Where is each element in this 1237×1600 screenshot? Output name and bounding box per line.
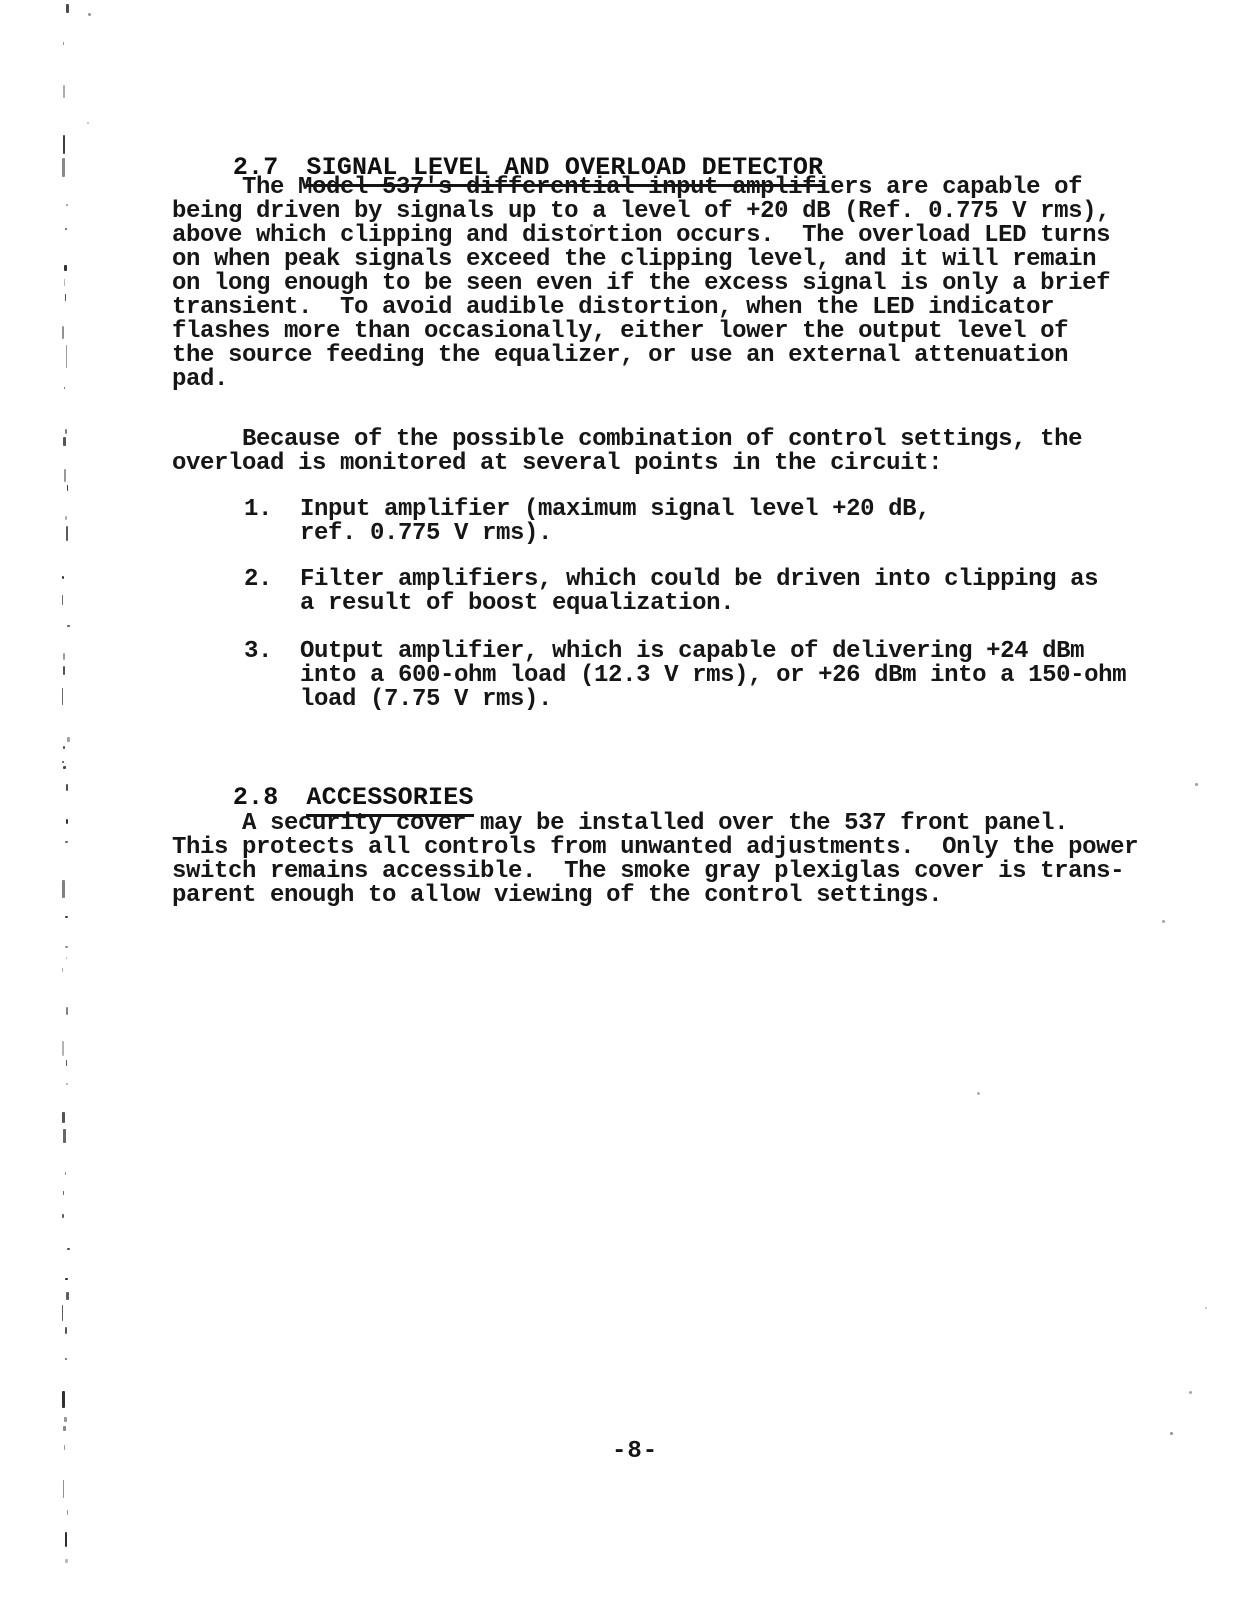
scan-mark (65, 1532, 67, 1547)
scan-mark (67, 485, 68, 491)
scan-speck (88, 13, 91, 16)
list-item-line: load (7.75 V rms). (244, 688, 1126, 712)
paragraph-line: the source feeding the equalizer, or use… (172, 344, 1110, 368)
scan-mark (62, 688, 63, 705)
scan-mark (63, 437, 66, 446)
scan-mark (62, 576, 64, 579)
paragraph-line: The Model 537's differential input ampli… (172, 176, 1110, 200)
scan-mark (63, 766, 66, 769)
scan-speck (1162, 920, 1165, 923)
paragraph-line: This protects all controls from unwanted… (172, 836, 1138, 860)
scan-mark (63, 746, 65, 749)
scan-mark (67, 625, 70, 627)
scan-mark (65, 429, 67, 434)
scan-mark (67, 737, 70, 742)
paragraph-line: above which clipping and distortion occu… (172, 224, 1110, 248)
paragraph: Because of the possible combination of c… (172, 428, 1082, 476)
scan-mark (66, 1083, 68, 1085)
paragraph-line: transient. To avoid audible distortion, … (172, 296, 1110, 320)
scan-mark (62, 1305, 63, 1321)
scan-mark (63, 85, 65, 98)
paragraph: A security cover may be installed over t… (172, 812, 1138, 908)
list-item: 3. Output amplifier, which is capable of… (244, 640, 1126, 712)
scan-mark (62, 1112, 65, 1123)
paragraph-line: overload is monitored at several points … (172, 452, 1082, 476)
scan-mark (63, 1480, 64, 1498)
scan-mark (66, 204, 68, 206)
list-item-line: 1. Input amplifier (maximum signal level… (244, 498, 930, 522)
scan-mark (64, 265, 67, 271)
scan-mark (64, 1417, 67, 1422)
scan-mark (66, 526, 68, 541)
scan-mark (62, 968, 63, 972)
scan-mark (65, 1559, 68, 1563)
list-item-line: 2. Filter amplifiers, which could be dri… (244, 568, 1098, 592)
paragraph-line: switch remains accessible. The smoke gra… (172, 860, 1138, 884)
scan-mark (66, 819, 68, 824)
list-item-line: into a 600-ohm load (12.3 V rms), or +26… (244, 664, 1126, 688)
page-number: -8- (612, 1440, 658, 1464)
scan-speck (1205, 1307, 1207, 1309)
section-number: 2.8 (233, 785, 279, 810)
scan-speck (1195, 783, 1198, 786)
scan-mark (63, 1191, 64, 1195)
scan-mark (64, 279, 65, 286)
scan-mark (63, 42, 64, 45)
scan-mark (62, 158, 65, 177)
scan-mark (64, 1445, 65, 1450)
scan-mark (63, 653, 65, 660)
scan-mark (66, 1060, 67, 1066)
scan-mark (66, 784, 68, 791)
scan-mark (62, 880, 65, 898)
scan-mark (66, 1292, 69, 1300)
scan-speck (1189, 1391, 1192, 1394)
scan-speck (977, 1092, 980, 1095)
scanned-document-page: 2.7SIGNAL LEVEL AND OVERLOAD DETECTOR Th… (0, 0, 1237, 1600)
scan-mark (64, 469, 66, 482)
scan-mark (62, 1041, 64, 1056)
scan-mark (65, 841, 68, 843)
scan-mark (65, 294, 66, 301)
scan-mark (63, 1129, 66, 1143)
list-item-line: ref. 0.775 V rms). (244, 522, 930, 546)
scan-mark (65, 1327, 67, 1334)
scan-mark (63, 135, 65, 154)
scan-mark (62, 761, 64, 763)
scan-mark (67, 1248, 70, 1250)
paragraph-line: parent enough to allow viewing of the co… (172, 884, 1138, 908)
scan-mark (62, 595, 63, 605)
scan-mark (66, 4, 69, 13)
scan-mark (65, 1172, 66, 1175)
paragraph-line: on when peak signals exceed the clipping… (172, 248, 1110, 272)
list-item: 2. Filter amplifiers, which could be dri… (244, 568, 1098, 616)
paragraph-line: being driven by signals up to a level of… (172, 200, 1110, 224)
paragraph-line: on long enough to be seen even if the ex… (172, 272, 1110, 296)
list-item: 1. Input amplifier (maximum signal level… (244, 498, 930, 546)
scan-mark (65, 516, 67, 520)
scan-mark (65, 1278, 68, 1280)
paragraph: The Model 537's differential input ampli… (172, 176, 1110, 392)
scan-mark (65, 1358, 67, 1360)
scan-mark (64, 387, 65, 389)
paragraph-line: pad. (172, 368, 1110, 392)
paragraph-line: flashes more than occasionally, either l… (172, 320, 1110, 344)
scan-mark (66, 345, 67, 368)
paragraph-line: A security cover may be installed over t… (172, 812, 1138, 836)
scan-mark (66, 957, 67, 959)
scan-speck (87, 122, 89, 124)
scan-mark (63, 1426, 66, 1431)
list-item-line: 3. Output amplifier, which is capable of… (244, 640, 1126, 664)
scan-mark (66, 1007, 68, 1015)
scan-mark (65, 916, 68, 918)
scan-mark (62, 326, 64, 339)
list-item-line: a result of boost equalization. (244, 592, 1098, 616)
scan-mark (67, 1510, 68, 1515)
scan-speck (1170, 1432, 1173, 1435)
scan-mark (62, 1214, 64, 1218)
scan-mark (62, 1391, 65, 1408)
scan-mark (65, 946, 68, 948)
scan-mark (63, 666, 65, 675)
paragraph-line: Because of the possible combination of c… (172, 428, 1082, 452)
scan-mark (65, 228, 67, 230)
